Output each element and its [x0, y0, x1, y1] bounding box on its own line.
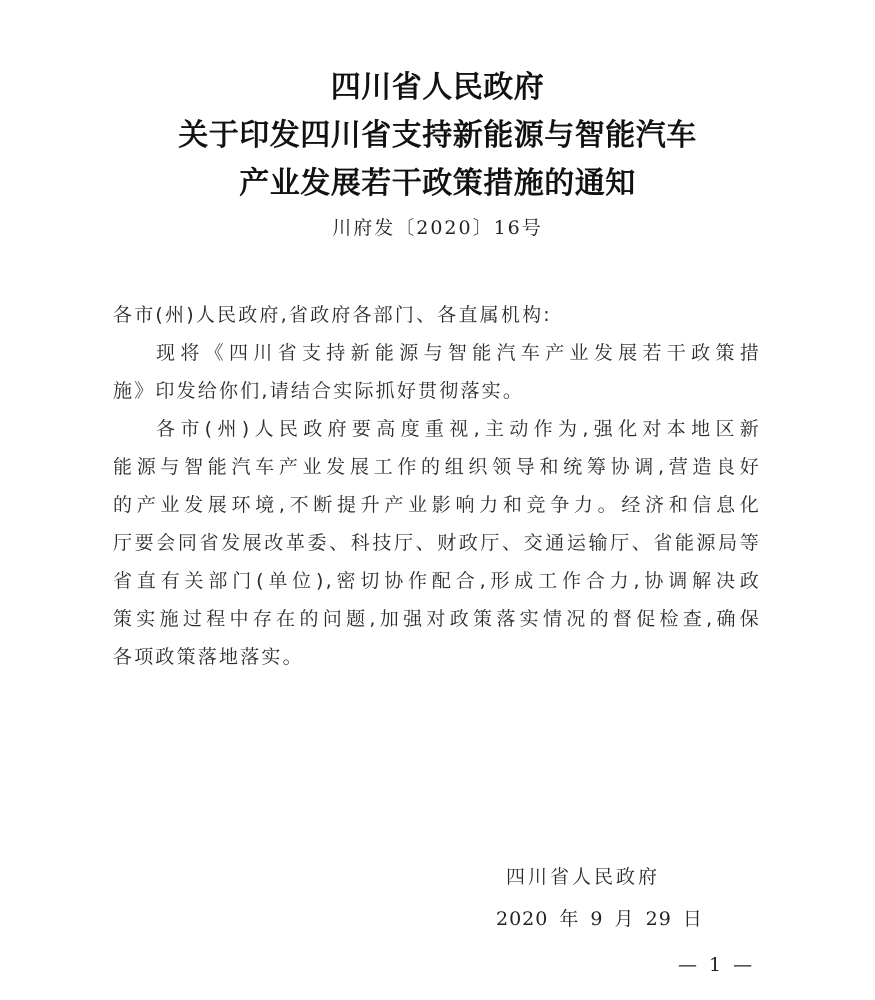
- paragraph-1-line-1: 现将《四川省支持新能源与智能汽车产业发展若干政策措: [113, 334, 761, 372]
- signature-organization: 四川省人民政府: [506, 862, 660, 892]
- paragraph-2-line-3: 的产业发展环境,不断提升产业影响力和竞争力。经济和信息化: [113, 486, 761, 524]
- paragraph-2-line-7: 各项政策落地落实。: [113, 638, 761, 676]
- paragraph-2-line-1: 各市(州)人民政府要高度重视,主动作为,强化对本地区新: [113, 410, 761, 448]
- paragraph-2-line-5: 省直有关部门(单位),密切协作配合,形成工作合力,协调解决政: [113, 562, 761, 600]
- title-issuer: 四川省人民政府: [0, 64, 875, 112]
- body-text: 各市(州)人民政府,省政府各部门、各直属机构: 现将《四川省支持新能源与智能汽车…: [113, 296, 761, 676]
- document-number: 川府发〔2020〕16号: [0, 214, 875, 242]
- title-subject-line-1: 关于印发四川省支持新能源与智能汽车: [0, 112, 875, 160]
- document-page: 四川省人民政府 关于印发四川省支持新能源与智能汽车 产业发展若干政策措施的通知 …: [0, 0, 875, 1000]
- paragraph-2-line-4: 厅要会同省发展改革委、科技厅、财政厅、交通运输厅、省能源局等: [113, 524, 761, 562]
- signature-date: 2020 年 9 月 29 日: [496, 904, 703, 934]
- page-number: — 1 —: [678, 950, 752, 980]
- paragraph-2-line-2: 能源与智能汽车产业发展工作的组织领导和统筹协调,营造良好: [113, 448, 761, 486]
- salutation: 各市(州)人民政府,省政府各部门、各直属机构:: [113, 296, 761, 334]
- title-block: 四川省人民政府 关于印发四川省支持新能源与智能汽车 产业发展若干政策措施的通知 …: [0, 64, 875, 242]
- paragraph-1-line-2: 施》印发给你们,请结合实际抓好贯彻落实。: [113, 372, 761, 410]
- title-subject-line-2: 产业发展若干政策措施的通知: [0, 160, 875, 208]
- paragraph-2-line-6: 策实施过程中存在的问题,加强对政策落实情况的督促检查,确保: [113, 600, 761, 638]
